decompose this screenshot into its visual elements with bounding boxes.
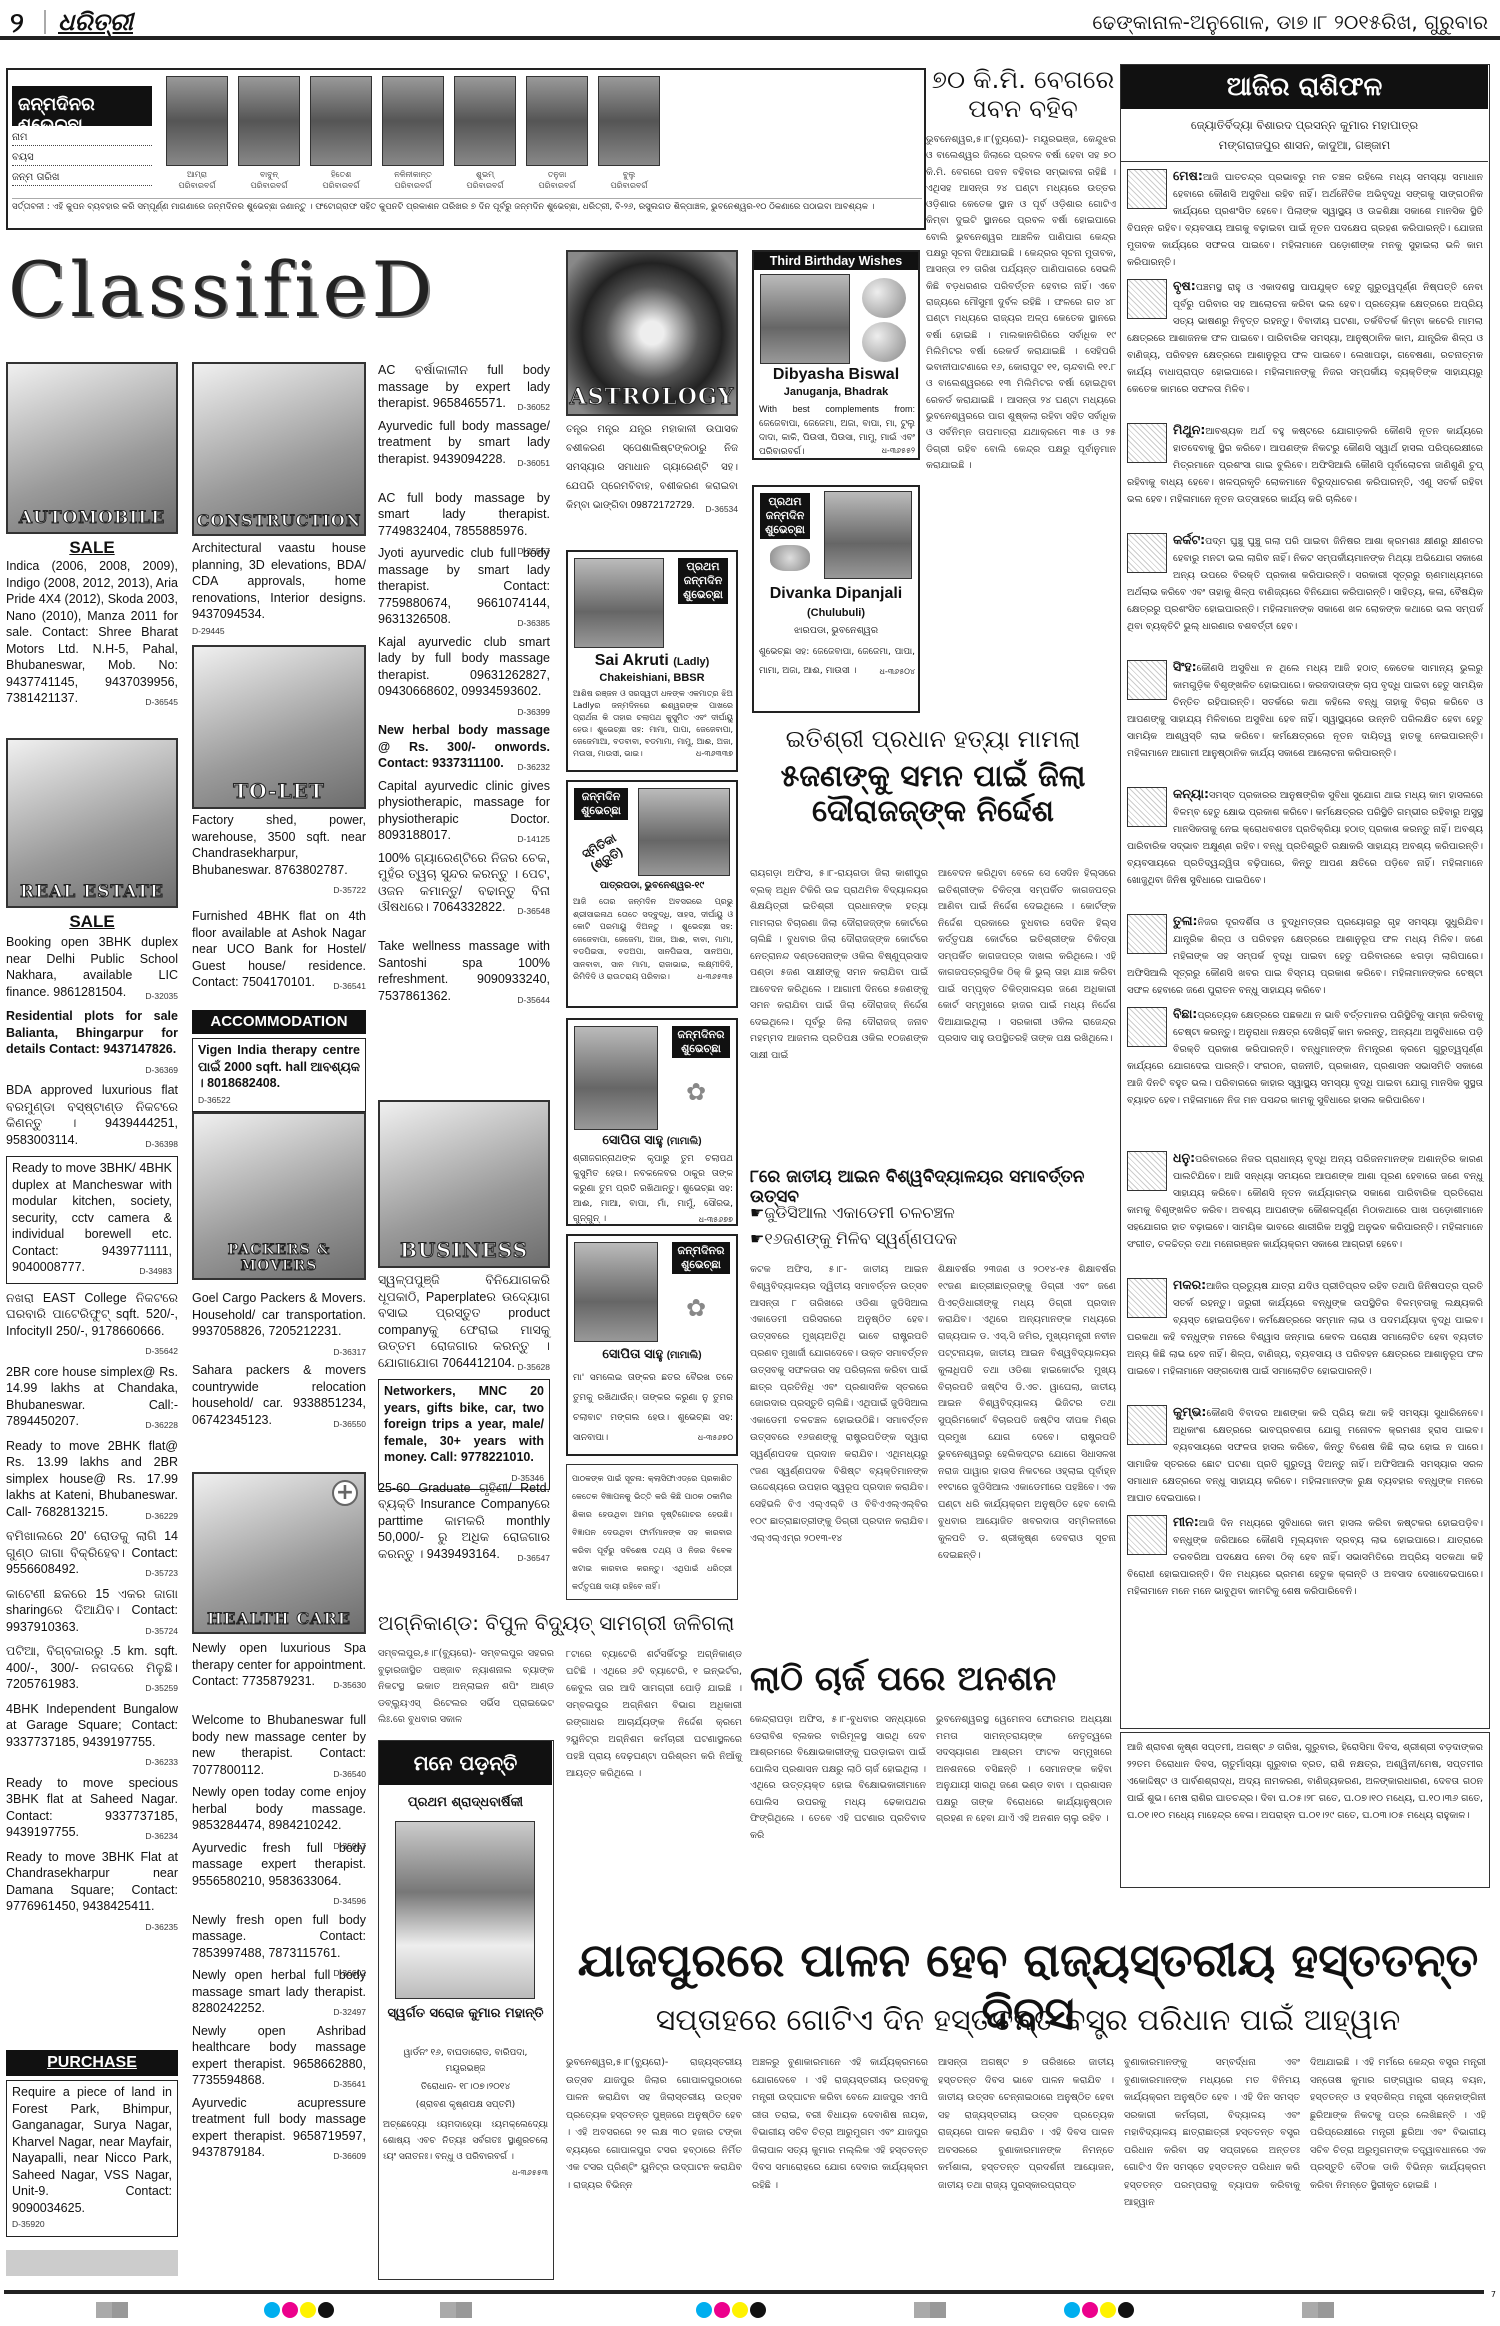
ad-code: ଧ-୩୬୩୩୭ xyxy=(696,748,733,760)
zodiac-sign-icon xyxy=(1127,1007,1167,1047)
zodiac-sign-name: ବୃଷ: xyxy=(1173,278,1196,293)
ad-code: D-36399 xyxy=(517,704,550,721)
lathi-body-col1: କେନ୍ଦ୍ରାପଡ଼ା ଅଫିସ, ୫।୮-ବୁଧବାର ସନ୍ଧ୍ୟାରେ … xyxy=(750,1712,926,1844)
zodiac-sign-name: କୁମ୍ଭ: xyxy=(1173,1404,1206,1419)
kid-name: ବାବୁନ୍ xyxy=(238,169,300,180)
classified-ad: Factory shed, power, warehouse, 3500 sqf… xyxy=(192,812,366,899)
child-name: ସୋପିତା ସାହୁ (ମାମାଲି) xyxy=(568,1346,736,1362)
masthead-divider xyxy=(44,10,46,34)
classified-ad: Welcome to Bhubaneswar full body new mas… xyxy=(192,1712,366,1782)
child-nickname: (ମାମାଲି) xyxy=(667,1350,702,1361)
wish-tag: ପ୍ରଥମ ଜନ୍ମଦିନ ଶୁଭେଚ୍ଛା xyxy=(678,558,728,604)
ad-code: ଧ-୩୬୫୫୨ xyxy=(882,444,915,458)
child-photo xyxy=(574,1026,658,1130)
zodiac-sign-name: ମୀନ: xyxy=(1173,1514,1199,1529)
kid-from: ପରିବାରବର୍ଗ xyxy=(526,180,588,191)
zodiac-sign-name: ଧନୁ: xyxy=(1173,1150,1195,1165)
kid-name: ତନୁଜା xyxy=(526,169,588,180)
category-label: TO-LET xyxy=(194,779,364,803)
plus-icon: + xyxy=(332,1480,358,1506)
ad-code: D-35642 xyxy=(145,1343,178,1360)
zodiac-sign-text: ଆଜି ଘାତଚନ୍ଦ୍ର ପ୍ରଭାବରୁ ମନ ଚଞ୍ଚଳ ରହିଲେ ମଧ… xyxy=(1127,172,1483,268)
pointing-hand-icon: ☛ xyxy=(750,1203,764,1222)
ad-code: D-36235 xyxy=(145,1919,178,1936)
classified-ad: Kajal ayurvedic club smart lady by full … xyxy=(378,634,550,721)
zodiac-sign-icon xyxy=(1127,423,1167,463)
grey-filler xyxy=(6,2250,178,2276)
obituary-shloka: ଅଚ୍ଛେଦ୍ୟୋ ଽୟମଦାହ୍ୟୋ ଽୟମକ୍ଲେଦ୍ୟୋ ଶୋଷ୍ୟ ଏବ… xyxy=(383,2117,548,2181)
jajpur-subhead: ସପ୍ତାହରେ ଗୋଟିଏ ଦିନ ହସ୍ତତନ୍ତ ବସ୍ତ୍ର ପରିଧା… xyxy=(566,2004,1490,2039)
zodiac-sign-icon xyxy=(1127,660,1167,700)
ad-text: Indica (2006, 2008, 2009), Indigo (2008,… xyxy=(6,559,178,705)
zodiac-sign-name: ମେଷ: xyxy=(1173,168,1203,183)
child-name: ସୋପିତା ସାହୁ (ମାମାଲି) xyxy=(568,1132,736,1148)
classified-ad: Newly open Ashribad healthcare body mass… xyxy=(192,2023,366,2093)
child-photo xyxy=(574,558,664,648)
classified-ad: Newly open herbal full body massage smar… xyxy=(192,1967,366,2021)
cyan-dot xyxy=(264,2302,280,2318)
black-dot xyxy=(318,2302,334,2318)
astrologer-address: ମଙ୍ଗରାଜପୁର ଶାସନ, କାଦୁଆ, ଗଞ୍ଜାମ xyxy=(1121,135,1488,155)
ad-code: D-36545 xyxy=(145,694,178,711)
jajpur-body-col: ଅଞ୍ଚଳରୁ ବୁଣାକାରମାନେ ଏହି କାର୍ଯ୍ୟକ୍ରମରେ ଯୋ… xyxy=(752,2054,928,2194)
category-label: AUTOMOBILE xyxy=(8,508,176,528)
classified-ad: 100% ଗ୍ୟାରେଣ୍ଟିରେ ନିଜର ଚେକ, ମୁହଁର ତ୍ୱଚା … xyxy=(378,850,550,920)
flower-icon: ✿ xyxy=(686,1078,706,1106)
classified-ad: Take wellness massage with Santoshi spa … xyxy=(378,938,550,1008)
death-tithi: (ଶ୍ରାବଣ କୃଷ୍ଣପକ୍ଷ ସପ୍ତମି) xyxy=(383,2097,548,2113)
zodiac-sign-icon xyxy=(1127,169,1167,209)
registration-swatch xyxy=(1302,2302,1334,2318)
wish-body: ଆଜି ତୋର ଜନ୍ମଦିନ ଅବସରରେ ପ୍ରଭୁ ଶ୍ରୀସାଇନାଥ … xyxy=(573,897,733,981)
category-label: ASTROLOGY xyxy=(568,384,736,410)
birthday-coupon: ଜନ୍ମଦିନର ଶୁଭେଚ୍ଛା ନାମ ବୟସ ଜନ୍ମ ତାରିଖ ଆମ୍… xyxy=(6,68,926,230)
shloka-text: ଅଚ୍ଛେଦ୍ୟୋ ଽୟମଦାହ୍ୟୋ ଽୟମକ୍ଲେଦ୍ୟୋ ଶୋଷ୍ୟ ଏବ… xyxy=(383,2120,548,2162)
section-heading-sale: SALE xyxy=(6,912,178,932)
kid-from: ପରିବାରବର୍ଗ xyxy=(238,180,300,191)
astrologer-credit: ଜ୍ୟୋତିର୍ବିଦ୍ୟା ବିଶାରଦ ପ୍ରସନ୍ନ କୁମାର ମହାପ… xyxy=(1121,115,1488,162)
pointing-hand-icon: ☛ xyxy=(750,1229,764,1248)
magenta-dot xyxy=(1082,2302,1098,2318)
zodiac-sign-text: ଆଜିର ପ୍ରତ୍ୟୁଷ ଯାତ୍ରା ଯଦିଓ ପ୍ରୀତିପ୍ରଦ ରହି… xyxy=(1127,1281,1483,1377)
classified-ad: Ayurvedic acupressure treatment full bod… xyxy=(192,2095,366,2165)
wind-body: ଭୁବନେଶ୍ୱର,୫।୮(ବ୍ୟୁରୋ)- ମୟୂରଭଞ୍ଜ, କେନ୍ଦୁଝ… xyxy=(926,132,1116,474)
horoscope-title: ଆଜିର ରାଶିଫଳ xyxy=(1121,65,1488,109)
classified-ad: Vigen India therapy centre ପାଇଁ 2000 sqf… xyxy=(192,1038,366,1112)
wind-headline: ୭୦ କି.ମି. ବେଗରେ ପବନ ବହିବ xyxy=(930,66,1116,124)
ad-code: D-32497 xyxy=(333,2004,366,2021)
ad-text: Architectural vaastu house planning, 3D … xyxy=(192,541,366,621)
ad-text: 25-60 Graduate ଗୃହିଣୀ/ Retd. ବ୍ୟକ୍ତି Ins… xyxy=(378,1481,550,1561)
ad-text: Goel Cargo Packers & Movers. Household/ … xyxy=(192,1291,366,1338)
magenta-dot xyxy=(714,2302,730,2318)
name-field: ନାମ xyxy=(12,132,152,146)
ad-code: D-36522 xyxy=(198,1092,360,1109)
ad-text: ତନ୍ତ୍ର ମନ୍ତ୍ର ଯନ୍ତ୍ର ମହାକାଳୀ ଉପାସକ ବଶୀକର… xyxy=(566,424,738,511)
ad-code: D-36540 xyxy=(333,1766,366,1783)
child-name-text: Sai Akruti xyxy=(595,652,669,669)
zodiac-sign-entry: ବିଛା:ପ୍ରତ୍ୟେକ କ୍ଷେତ୍ରରେ ପଛକଥା ନ ଭାବି ବର୍… xyxy=(1127,1005,1483,1109)
registration-dots xyxy=(1064,2302,1134,2318)
zodiac-sign-text: ପରିବାରରେ ନିଜର ପ୍ରାଧାନ୍ୟ ବୃଦ୍ଧି ଅନ୍ୟ ପରିଜ… xyxy=(1127,1154,1483,1250)
ad-code: D-35920 xyxy=(12,2216,172,2233)
ad-text: 4BHK Independent Bungalow at Garage Squa… xyxy=(6,1702,178,1749)
yellow-dot xyxy=(300,2302,316,2318)
registration-swatch xyxy=(914,2302,946,2318)
kid-from: ପରିବାରବର୍ଗ xyxy=(598,180,660,191)
black-dot xyxy=(1118,2302,1134,2318)
category-label: PACKERS & MOVERS xyxy=(194,1242,364,1274)
zodiac-sign-name: ସିଂହ: xyxy=(1173,659,1197,674)
ad-code: D-36398 xyxy=(145,1136,178,1153)
zodiac-sign-name: କର୍କଟ: xyxy=(1173,532,1205,547)
ad-text: Jyoti ayurvedic club full body massage b… xyxy=(378,546,550,626)
ad-code: D-14125 xyxy=(517,831,550,848)
ad-code: D-35723 xyxy=(145,1565,178,1582)
jajpur-body-col: ବୁଣାକାରମାନଙ୍କୁ ସମ୍ବର୍ଦ୍ଧନା ଏବଂ ବୁଣାକାରମା… xyxy=(1124,2054,1300,2212)
classified-ad: 25-60 Graduate ଗୃହିଣୀ/ Retd. ବ୍ୟକ୍ତି Ins… xyxy=(378,1480,550,1567)
ad-code: D-36609 xyxy=(333,2148,366,2165)
wish-text: With best complements from: ଜେଜେବାପା, ଜେ… xyxy=(759,402,915,458)
zodiac-sign-entry: ମକର:ଆଜିର ପ୍ରତ୍ୟୁଷ ଯାତ୍ରା ଯଦିଓ ପ୍ରୀତିପ୍ରଦ… xyxy=(1127,1276,1483,1380)
ad-code: D-35722 xyxy=(333,882,366,899)
zodiac-sign-icon xyxy=(1127,1515,1167,1555)
death-date: ତିରୋଧାନ- ୧୮।୦୭।୨୦୧୪ xyxy=(383,2079,548,2095)
kid-name: ଆମ୍ରା xyxy=(166,169,228,180)
classified-ad: Goel Cargo Packers & Movers. Household/ … xyxy=(192,1290,366,1360)
murder-headline: ୫ଜଣଙ୍କୁ ସମନ ପାଇଁ ଜିଲା ଦୌରାଜଜ୍‌ଙ୍କ ନିର୍ଦ୍… xyxy=(750,760,1116,829)
zodiac-sign-text: ନିଜର ଦୂରଦର୍ଶିତା ଓ ବୁଦ୍ଧିମତ୍ତାର ପ୍ରୟୋଗରୁ … xyxy=(1127,917,1483,996)
law-univ-bullets: ☛ଜୁଡିସିଆଲ ଏକାଡେମୀ ଚଳଚଞ୍ଚଳ ☛୧୬ଜଣଙ୍କୁ ମିଳି… xyxy=(750,1200,1116,1252)
classified-ad: Jyoti ayurvedic club full body massage b… xyxy=(378,545,550,632)
classified-ad: Indica (2006, 2008, 2009), Indigo (2008,… xyxy=(6,558,178,711)
zodiac-sign-name: ବିଛା: xyxy=(1173,1006,1197,1021)
zodiac-sign-icon xyxy=(1127,787,1167,827)
newspaper-logo: ଧରିତ୍ରୀ xyxy=(58,8,133,36)
yellow-dot xyxy=(732,2302,748,2318)
child-place: Chakeishiani, BBSR xyxy=(568,672,736,684)
classified-ad: Require a piece of land in Forest Park, … xyxy=(6,2080,178,2237)
ad-code: D-36547 xyxy=(517,1550,550,1567)
ad-code: D-34596 xyxy=(333,1893,366,1910)
deceased-name: ସ୍ୱର୍ଗତ ସରୋଜ କୁମାର ମହାନ୍ତି xyxy=(383,2005,548,2023)
page-number: ୨ xyxy=(10,6,24,40)
child-nickname: (Ladly) xyxy=(673,656,709,668)
zodiac-sign-text: କୌଣସି ବିବାଦର ଆଶଙ୍କା କରି ପ୍ରିୟ କଥା କହି ସମ… xyxy=(1127,1408,1483,1504)
child-photo xyxy=(824,491,912,579)
registration-swatch xyxy=(96,2302,128,2318)
zodiac-sign-entry: ମେଷ:ଆଜି ଘାତଚନ୍ଦ୍ର ପ୍ରଭାବରୁ ମନ ଚଞ୍ଚଳ ରହିଲ… xyxy=(1127,167,1483,271)
fire-body-col2: ୮ଟାରେ ବ୍ୟାଟେରି ଶର୍ଟସର୍କିଟରୁ ଅଗ୍ନିକାଣ୍ଡ ଘ… xyxy=(566,1646,742,1782)
wish-tag: ଜନ୍ମଦିନର ଶୁଭେଚ୍ଛା xyxy=(672,1026,730,1058)
zodiac-sign-entry: ସିଂହ:କୌଣସି ଅସୁବିଧା ନ ଥିଲେ ମଧ୍ୟ ଆଜି ହଠାତ୍… xyxy=(1127,658,1483,762)
zodiac-sign-entry: କର୍କଟ:ପଦ୍ମ ଘୁଞ୍ଚୁ ଘୁଞ୍ଚୁ ଗଲା ପରି ପାଇବା ଜ… xyxy=(1127,531,1483,635)
ad-code: D-34983 xyxy=(139,1263,172,1280)
ad-code: D-35628 xyxy=(517,1359,550,1376)
bullet-item: ☛ଜୁଡିସିଆଲ ଏକାଡେମୀ ଚଳଚଞ୍ଚଳ xyxy=(750,1200,1116,1226)
birthday-wish-divanka: ପ୍ରଥମ ଜନ୍ମଦିନ ଶୁଭେଚ୍ଛା Divanka Dipanjali… xyxy=(752,485,920,713)
ad-code: D-32035 xyxy=(145,988,178,1005)
kid-photo-card: ନଳିନୀକାନ୍ତପରିବାରବର୍ଗ xyxy=(382,76,444,191)
child-name: Sai Akruti (Ladly) xyxy=(568,652,736,670)
section-heading-accommodation: ACCOMMODATION xyxy=(192,1010,366,1034)
zodiac-sign-entry: ତୁଳା:ନିଜର ଦୂରଦର୍ଶିତା ଓ ବୁଦ୍ଧିମତ୍ତାର ପ୍ରୟ… xyxy=(1127,912,1483,999)
kid-photo-card: ବୁଲୁପରିବାରବର୍ଗ xyxy=(598,76,660,191)
child-name-text: ସୋପିତା ସାହୁ xyxy=(602,1346,663,1361)
ad-code: D-36228 xyxy=(145,1417,178,1434)
ad-text: Factory shed, power, warehouse, 3500 sqf… xyxy=(192,813,366,877)
zodiac-sign-entry: କନ୍ୟା:ସମସ୍ତ ପ୍ରକାରର ଆନୁଷଙ୍ଗିକ ସୁବିଧା ସୁଯ… xyxy=(1127,785,1483,889)
child-name-text: ସୋପିତା ସାହୁ xyxy=(602,1132,663,1147)
ad-text: Ready to move 3BHK Flat at Chandrasekhar… xyxy=(6,1850,178,1914)
kid-photo-card: ଶୁଭମ୍ପରିବାରବର୍ଗ xyxy=(454,76,516,191)
classified-ad: କାଟେଣୀ ଛକରେ 15 ଏକର ଜାଗା sharingରେ ଦିଆଯିବ… xyxy=(6,1586,178,1640)
coupon-terms: ସର୍ତ୍ତାବଳୀ : ଏହି କୁପନ ବ୍ୟବହାର କରି ସମ୍ପୂର… xyxy=(12,198,922,214)
birthday-wish-sopita-1: ଜନ୍ମଦିନର ଶୁଭେଚ୍ଛା ✿ ସୋପିତା ସାହୁ (ମାମାଲି)… xyxy=(566,1018,738,1226)
child-nickname: (ମାମାଲି) xyxy=(667,1136,702,1147)
kid-photo-card: ବାବୁନ୍ପରିବାରବର୍ଗ xyxy=(238,76,300,191)
fire-body-col1: ସମ୍ବଲପୁର,୫।୮(ବ୍ୟୁରୋ)- ସମ୍ବଲପୁର ସହରର ବୁଢ଼… xyxy=(378,1646,554,1729)
automobile-category-image: AUTOMOBILE xyxy=(6,362,178,534)
zodiac-sign-entry: ବୃଷ:ପଞ୍ଚମସ୍ଥ ରାହୁ ଓ ଏକାଦଶସ୍ଥ ପାପଯୁକ୍ତ ହେ… xyxy=(1127,277,1483,398)
classified-ad: Booking open 3BHK duplex near Delhi Publ… xyxy=(6,934,178,1004)
child-nickname: (Chulubuli) xyxy=(754,607,918,619)
child-name: Dibyasha Biswal xyxy=(754,366,918,384)
balloon-icon xyxy=(862,278,906,318)
ad-text: AC full body massage by smart lady thera… xyxy=(378,491,550,538)
classified-ad: Ready to move 2BHK flat@ Rs. 13.99 lakhs… xyxy=(6,1438,178,1525)
murder-kicker: ଇତିଶ୍ରୀ ପ୍ରଧାନ ହତ୍ୟା ମାମଲା xyxy=(750,726,1116,754)
cyan-dot xyxy=(1064,2302,1080,2318)
kid-name: ବୁଲୁ xyxy=(598,169,660,180)
ad-code: D-36232 xyxy=(517,759,550,776)
business-category-image: BUSINESS xyxy=(378,1100,550,1268)
cake-icon xyxy=(770,545,810,571)
ad-text: Vigen India therapy centre ପାଇଁ 2000 sqf… xyxy=(198,1043,360,1090)
zodiac-sign-entry: ମିଥୁନ:ଆବଶ୍ୟକ ଅର୍ଥ ବହୁ କଷ୍ଟରେ ଯୋଗାଡ଼କରି କ… xyxy=(1127,421,1483,508)
child-name: Divanka Dipanjali xyxy=(754,585,918,603)
deceased-address: ୱାର୍ଡନଂ ୧୬, ବାଘଡାରୋଡ, ବାରିପଦା, ମୟୂରଭଞ୍ଜ xyxy=(383,2045,548,2077)
classified-ad: Ready to move specious 3BHK flat at Sahe… xyxy=(6,1775,178,1845)
ad-code: D-35641 xyxy=(333,2076,366,2093)
wish-text: ଶ୍ରୀଜଗନ୍ନାଥଙ୍କ କୃପାରୁ ତୁମ ଚଲାପଥ କୁସୁମିତ … xyxy=(573,1152,733,1227)
kid-photo-card: ଆମ୍ରାପରିବାରବର୍ଗ xyxy=(166,76,228,191)
lathi-headline: ଲାଠି ଚାର୍ଜ ପରେ ଅନଶନ xyxy=(750,1660,1110,1699)
classified-ad: AC ବର୍ଷାକାଳୀନ full body massage by exper… xyxy=(378,362,550,416)
child-photo xyxy=(574,1242,658,1342)
child-photo xyxy=(638,788,730,876)
ad-code: D-36051 xyxy=(517,455,550,472)
zodiac-sign-name: ତୁଳା: xyxy=(1173,913,1198,928)
cyan-dot xyxy=(696,2302,712,2318)
zodiac-sign-icon xyxy=(1127,279,1167,319)
kid-photo xyxy=(526,76,588,166)
ad-code: D-36534 xyxy=(705,500,738,519)
ad-text: Ready to move 3BHK/ 4BHK duplex at Manch… xyxy=(12,1161,172,1274)
wish-header: Third Birthday Wishes xyxy=(754,252,918,270)
classified-ad: Capital ayurvedic clinic gives physiothe… xyxy=(378,778,550,848)
wish-tag: ଜନ୍ମଦିନର ଶୁଭେଚ୍ଛା xyxy=(672,1242,730,1274)
horoscope-panel: ଆଜିର ରାଶିଫଳ ଜ୍ୟୋତିର୍ବିଦ୍ୟା ବିଶାରଦ ପ୍ରସନ୍… xyxy=(1120,64,1490,1729)
zodiac-sign-entry: ଧନୁ:ପରିବାରରେ ନିଜର ପ୍ରାଧାନ୍ୟ ବୃଦ୍ଧି ଅନ୍ୟ … xyxy=(1127,1149,1483,1253)
birthday-wish-smitika: ଜନ୍ମଦିନ ଶୁଭେଚ୍ଛା ସ୍ମିତିକା (ଶ୍ରୁତି) ପାତ୍ର… xyxy=(566,780,738,1008)
classified-ad: New herbal body massage @ Rs. 300/- onwo… xyxy=(378,722,550,776)
ad-code: D-36229 xyxy=(145,1508,178,1525)
category-label: REAL ESTATE xyxy=(8,882,176,902)
ad-code: ଧ-୩୬୫୫୩ xyxy=(512,2165,548,2181)
to-let-category-image: TO-LET xyxy=(192,645,366,809)
ad-text: Newly open today come enjoy herbal body … xyxy=(192,1785,366,1832)
dob-field: ଜନ୍ମ ତାରିଖ xyxy=(12,172,152,186)
kid-from: ପରିବାରବର୍ଗ xyxy=(454,180,516,191)
zodiac-sign-entry: କୁମ୍ଭ:କୌଣସି ବିବାଦର ଆଶଙ୍କା କରି ପ୍ରିୟ କଥା … xyxy=(1127,1403,1483,1507)
classified-ad: Sahara packers & movers countrywide relo… xyxy=(192,1362,366,1432)
classified-ad: ନଖରା EAST College ନିକଟରେ ଘରବାରି ପାଟେରିଫୁ… xyxy=(6,1290,178,1360)
wish-text: ଆଶିଷ ରଞ୍ଜନ ଓ ସରସ୍ୱତୀ ଧଳଙ୍କ ଏକମାତ୍ର ଝିଅ L… xyxy=(573,688,733,760)
ad-text: ନଖରା EAST College ନିକଟରେ ଘରବାରି ପାଟେରିଫୁ… xyxy=(6,1291,178,1338)
classified-banner: ClassifieD xyxy=(8,240,556,340)
ad-text: Networkers, MNC 20 years, gifts bike, ca… xyxy=(384,1384,544,1464)
black-dot xyxy=(750,2302,766,2318)
ad-code: ଧ-୩୬୫୦୪ xyxy=(879,662,915,681)
bullet-item: ☛୧୬ଜଣଙ୍କୁ ମିଳିବ ସ୍ୱର୍ଣ୍ଣପଦକ xyxy=(750,1226,1116,1252)
birthday-wish-sopita-2: ଜନ୍ମଦିନର ଶୁଭେଚ୍ଛା ✿ ସୋପିତା ସାହୁ (ମାମାଲି)… xyxy=(566,1234,738,1456)
bullet-text: ୧୬ଜଣଙ୍କୁ ମିଳିବ ସ୍ୱର୍ଣ୍ଣପଦକ xyxy=(764,1229,957,1248)
obituary-box: ମନେ ପଡ଼ନ୍ତି ପ୍ରଥମ ଶ୍ରାଦ୍ଧବାର୍ଷିକୀ ସ୍ୱର୍ଗ… xyxy=(378,1740,554,2280)
ad-code: ଧ-୩୬୫୩୫ xyxy=(697,971,733,984)
zodiac-sign-icon xyxy=(1127,1278,1167,1318)
ad-code: ଧ-୩୫୬୭୦ xyxy=(698,1428,733,1448)
zodiac-sign-text: ପଞ୍ଚମସ୍ଥ ରାହୁ ଓ ଏକାଦଶସ୍ଥ ପାପଯୁକ୍ତ ହେତୁ ଗ… xyxy=(1127,282,1483,395)
ad-text: Residential plots for sale Balianta, Bhi… xyxy=(6,1009,178,1056)
category-label: CONSTRUCTION xyxy=(194,511,364,530)
classified-ad: Networkers, MNC 20 years, gifts bike, ca… xyxy=(378,1379,550,1490)
ad-code: D-36233 xyxy=(145,1754,178,1771)
zodiac-sign-text: ପ୍ରତ୍ୟେକ କ୍ଷେତ୍ରରେ ପଛକଥା ନ ଭାବି ବର୍ତ୍ତମା… xyxy=(1127,1010,1483,1106)
kid-photo xyxy=(238,76,300,166)
ad-code: D-35724 xyxy=(145,1623,178,1640)
zodiac-sign-name: କନ୍ୟା: xyxy=(1173,786,1209,801)
yellow-dot xyxy=(1100,2302,1116,2318)
classified-ad: 4BHK Independent Bungalow at Garage Squa… xyxy=(6,1701,178,1771)
zodiac-sign-icon xyxy=(1127,1151,1167,1191)
health-care-category-image: +HEALTH CARE xyxy=(192,1472,366,1634)
wish-text: ଆଜି ତୋର ଜନ୍ମଦିନ ଅବସରରେ ପ୍ରଭୁ ଶ୍ରୀସାଇନାଥ … xyxy=(573,896,733,984)
zodiac-sign-text: ପଦ୍ମ ଘୁଞ୍ଚୁ ଘୁଞ୍ଚୁ ଗଲା ପରି ପାଇବା ଜିନିଷର … xyxy=(1127,536,1483,632)
wish-tag: ପ୍ରଥମ ଜନ୍ମଦିନ ଶୁଭେଚ୍ଛା xyxy=(760,493,810,539)
panjika-box: ଆଜି ଶ୍ରାବଣ କୃଷ୍ଣ ସପ୍ତମୀ, ଅଗଷ୍ଟ ୬ ତାରିଖ, … xyxy=(1120,1732,1490,1888)
astrology-ad: ତନ୍ତ୍ର ମନ୍ତ୍ର ଯନ୍ତ୍ର ମହାକାଳୀ ଉପାସକ ବଶୀକର… xyxy=(566,420,738,519)
category-label: HEALTH CARE xyxy=(194,1609,364,1628)
classified-ad: Architectural vaastu house planning, 3D … xyxy=(192,540,366,639)
child-place: ଝାରପଡା, ଭୁବନେଶ୍ୱର xyxy=(754,625,918,636)
ad-code: D-36541 xyxy=(333,978,366,995)
ad-code: D-36234 xyxy=(145,1828,178,1845)
flower-icon: ✿ xyxy=(686,1294,706,1322)
classified-ad: Residential plots for sale Balianta, Bhi… xyxy=(6,1008,178,1078)
ad-text: Require a piece of land in Forest Park, … xyxy=(12,2085,172,2215)
child-place: Januganja, Bhadrak xyxy=(754,386,918,398)
ad-code: D-35630 xyxy=(333,1677,366,1694)
kid-name: ନଳିନୀକାନ୍ତ xyxy=(382,169,444,180)
registration-dots xyxy=(696,2302,766,2318)
bullet-text: ଜୁଡିସିଆଲ ଏକାଡେମୀ ଚଳଚଞ୍ଚଳ xyxy=(764,1203,954,1222)
header-rule xyxy=(0,36,1500,40)
page-corner-number: 7 xyxy=(1491,2290,1496,2299)
lathi-body-col2: ଭୁବନେଶ୍ୱରସ୍ଥ ୱେମେନସ ଫୋରମର ଅଧ୍ୟକ୍ଷା ମମତା … xyxy=(936,1712,1112,1828)
jajpur-body-col: ଆସନ୍ତା ଅଗଷ୍ଟ ୭ ତାରିଖରେ ଜାତୀୟ ହସ୍ତତନ୍ତ ଦି… xyxy=(938,2054,1114,2194)
classified-ad: ପଟିଆ, ବିଗ୍‌ବଜାରରୁ .5 km. sqft. 400/-, 30… xyxy=(6,1643,178,1697)
zodiac-sign-text: ଆବଶ୍ୟକ ଅର୍ଥ ବହୁ କଷ୍ଟରେ ଯୋଗାଡ଼କରି କୌଣସି ନ… xyxy=(1127,426,1483,505)
ad-code: D-35644 xyxy=(517,992,550,1009)
reader-notice: ପାଠକଙ୍କ ପାଇଁ ସୂଚନା: କ୍ଲାସିଫାଏଡ୍‌ରେ ପ୍ରକା… xyxy=(566,1464,738,1600)
zodiac-sign-icon xyxy=(1127,1405,1167,1445)
zodiac-sign-icon xyxy=(1127,533,1167,573)
obituary-subtitle: ପ୍ରଥମ ଶ୍ରାଦ୍ଧବାର୍ଷିକୀ xyxy=(379,1795,552,1810)
murder-body-col2: ଆବେଦନ କରିଥିବା ବେଳେ ସେ ସେଦିନ ହିଲ୍ସରେ ଇତିଶ… xyxy=(938,866,1116,1048)
kid-photo xyxy=(454,76,516,166)
child-name: ସ୍ମିତିକା (ଶ୍ରୁତି) xyxy=(569,825,638,882)
ad-code: D-36548 xyxy=(517,903,550,920)
section-heading-purchase: PURCHASE xyxy=(6,2050,178,2076)
zodiac-sign-entry: ମୀନ:ଆଜି ଦିନ ମଧ୍ୟରେ ସୁବିଧାରେ କାମ ହାସଲ କରି… xyxy=(1127,1513,1483,1600)
zodiac-sign-icon xyxy=(1127,914,1167,954)
birthday-coupon-title: ଜନ୍ମଦିନର ଶୁଭେଚ୍ଛା xyxy=(12,86,152,126)
wish-tag: ଜନ୍ମଦିନ ଶୁଭେଚ୍ଛା xyxy=(574,788,628,820)
registration-dots xyxy=(264,2302,334,2318)
kid-from: ପରିବାରବର୍ଗ xyxy=(382,180,444,191)
kid-from: ପରିବାରବର୍ଗ xyxy=(310,180,372,191)
fire-headline: ଅଗ୍ନିକାଣ୍ଡ: ବିପୁଳ ବିଦ୍ୟୁତ୍ ସାମଗ୍ରୀ ଜଳିଗଲ… xyxy=(378,1612,742,1635)
classified-ad: Ayurvedic fresh full body massage expert… xyxy=(192,1840,366,1910)
zodiac-sign-text: କୌଣସି ଅସୁବିଧା ନ ଥିଲେ ମଧ୍ୟ ଆଜି ହଠାତ୍ କେତେ… xyxy=(1127,663,1483,759)
astrologer-name: ଜ୍ୟୋତିର୍ବିଦ୍ୟା ବିଶାରଦ ପ୍ରସନ୍ନ କୁମାର ମହାପ… xyxy=(1121,115,1488,135)
ad-text: ସ୍ୱଳ୍ପପୁଞ୍ଜି ବିନିଯୋଗକରି ଧୂପକାଠି, Paperpl… xyxy=(378,1273,550,1370)
ad-text: Ready to move 2BHK flat@ Rs. 13.99 lakhs… xyxy=(6,1439,178,1519)
section-heading-sale: SALE xyxy=(6,538,178,558)
child-place: ପାତ୍ରପଡା, ଭୁବନେଶ୍ୱର-୧୯ xyxy=(568,880,736,891)
ad-text: Furnished 4BHK flat on 4th floor availab… xyxy=(192,909,366,989)
kid-name: ଶୁଭମ୍ xyxy=(454,169,516,180)
construction-category-image: CONSTRUCTION xyxy=(192,362,366,536)
kid-photo xyxy=(310,76,372,166)
deceased-photo xyxy=(395,1821,535,1999)
law-univ-body-col2: ଶିକ୍ଷାବର୍ଷର ୨୩ଜଣ ଓ ୨୦୧୪-୧୫ ଶିକ୍ଷାବର୍ଷର ୧… xyxy=(938,1262,1116,1564)
packers-movers-category-image: PACKERS & MOVERS xyxy=(192,1112,366,1280)
zodiac-sign-name: ମକର: xyxy=(1173,1277,1206,1292)
classified-ad: Ayurvedic full body massage/ treatment b… xyxy=(378,418,550,472)
ad-text: Newly fresh open full body massage. Cont… xyxy=(192,1913,366,1960)
footer-rule xyxy=(4,2290,1484,2294)
balloon-icon xyxy=(862,322,906,362)
ad-code: D-36369 xyxy=(145,1062,178,1079)
ad-code: D-35259 xyxy=(145,1680,178,1697)
wish-body: ଆଶିଷ ରଞ୍ଜନ ଓ ସରସ୍ୱତୀ ଧଳଙ୍କ ଏକମାତ୍ର ଝିଅ L… xyxy=(573,689,733,758)
kid-photo-card: ତନୁଜାପରିବାରବର୍ଗ xyxy=(526,76,588,191)
zodiac-sign-text: ସମସ୍ତ ପ୍ରକାରର ଆନୁଷଙ୍ଗିକ ସୁବିଧା ସୁଯୋଗ ଥାଇ… xyxy=(1127,790,1483,886)
ad-code: D-36385 xyxy=(517,615,550,632)
magenta-dot xyxy=(282,2302,298,2318)
classified-ad: Newly open luxurious Spa therapy center … xyxy=(192,1640,366,1694)
astrology-category-image: ASTROLOGY xyxy=(566,250,738,416)
birthday-wish-sai-akruti: ପ୍ରଥମ ଜନ୍ମଦିନ ଶୁଭେଚ୍ଛା Sai Akruti (Ladly… xyxy=(566,550,738,772)
ad-code: ଧ-୩୫୬୭୭ xyxy=(699,1212,733,1227)
kid-photo-card: ହିତେଶପରିବାରବର୍ଗ xyxy=(310,76,372,191)
category-label: BUSINESS xyxy=(380,1238,548,1262)
registration-swatch xyxy=(440,2302,472,2318)
ad-code: D-36317 xyxy=(333,1344,366,1361)
ad-code: D-36052 xyxy=(517,399,550,416)
